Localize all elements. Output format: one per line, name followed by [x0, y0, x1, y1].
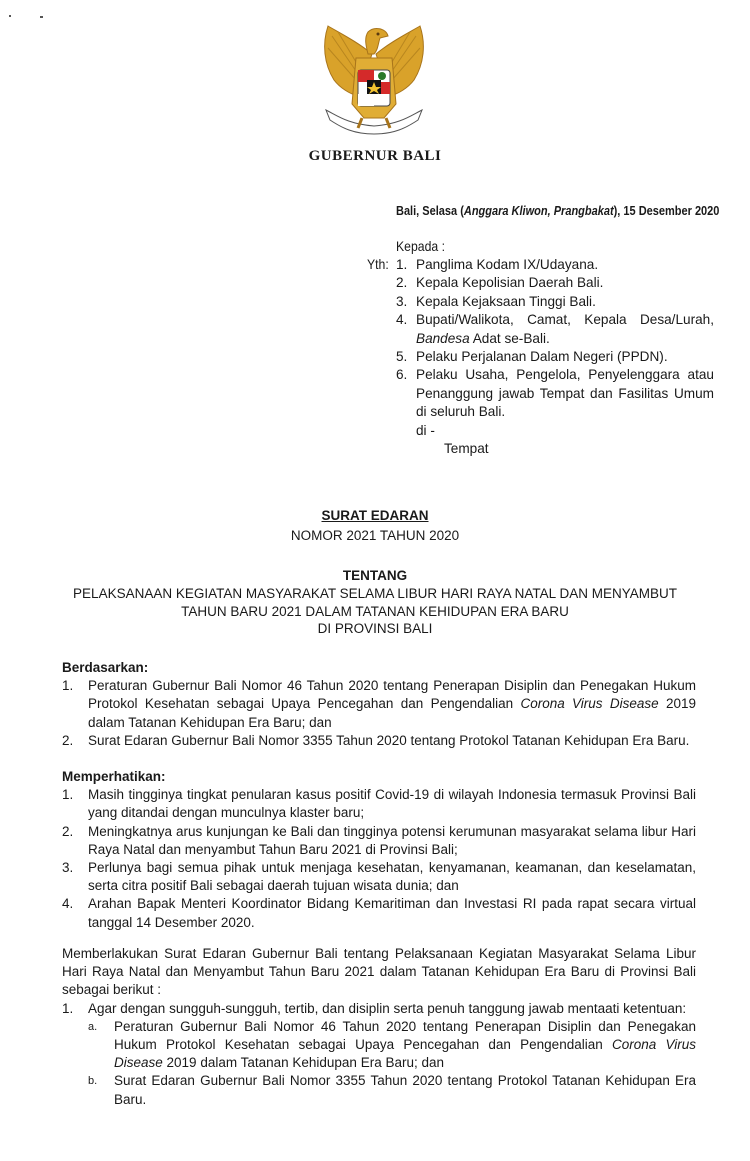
issuer-title: GUBERNUR BALI — [0, 148, 750, 165]
list-item: 2.Surat Edaran Gubernur Bali Nomor 3355 … — [62, 732, 696, 750]
document-type: SURAT EDARAN — [0, 507, 750, 525]
recipient-label: Kepada : — [396, 238, 445, 256]
document-subject: PELAKSANAAN KEGIATAN MASYARAKAT SELAMA L… — [0, 585, 750, 638]
list-item: 1.Masih tingginya tingkat penularan kasu… — [62, 786, 696, 822]
list-item: 4.Arahan Bapak Menteri Koordinator Bidan… — [62, 895, 696, 931]
recipient-item: 3.Kepala Kejaksaan Tinggi Bali. — [396, 293, 714, 311]
yth-label: Yth: — [367, 256, 389, 274]
recipient-item: 5.Pelaku Perjalanan Dalam Negeri (PPDN). — [396, 348, 714, 366]
document-number: NOMOR 2021 TAHUN 2020 — [0, 527, 750, 545]
date-line: Bali, Selasa (Anggara Kliwon, Prangbakat… — [396, 204, 719, 218]
scan-speck — [40, 16, 43, 18]
recipient-item: 1.Panglima Kodam IX/Udayana. — [396, 256, 714, 274]
garuda-emblem-icon — [318, 24, 430, 142]
memperhatikan-heading: Memperhatikan: — [62, 768, 696, 786]
berdasarkan-heading: Berdasarkan: — [62, 659, 696, 677]
list-item: 1.Agar dengan sungguh-sungguh, tertib, d… — [62, 1000, 696, 1018]
tentang-heading: TENTANG — [0, 567, 750, 585]
di-label: di - — [396, 422, 714, 440]
recipient-item: 4.Bupati/Walikota, Camat, Kepala Desa/Lu… — [396, 311, 714, 348]
memperhatikan-section: Memperhatikan: 1.Masih tingginya tingkat… — [62, 768, 696, 932]
memberlakukan-intro: Memberlakukan Surat Edaran Gubernur Bali… — [62, 945, 696, 1000]
scan-speck — [9, 15, 11, 17]
list-item: 1.Peraturan Gubernur Bali Nomor 46 Tahun… — [62, 677, 696, 732]
tempat-label: Tempat — [396, 440, 714, 458]
sub-list-item: a.Peraturan Gubernur Bali Nomor 46 Tahun… — [88, 1018, 696, 1073]
recipient-list: 1.Panglima Kodam IX/Udayana. 2.Kepala Ke… — [396, 256, 714, 458]
berdasarkan-section: Berdasarkan: 1.Peraturan Gubernur Bali N… — [62, 659, 696, 750]
sub-list-item: b.Surat Edaran Gubernur Bali Nomor 3355 … — [88, 1072, 696, 1108]
memberlakukan-section: Memberlakukan Surat Edaran Gubernur Bali… — [62, 945, 696, 1109]
recipient-item: 6.Pelaku Usaha, Pengelola, Penyelenggara… — [396, 366, 714, 421]
list-item: 3.Perlunya bagi semua pihak untuk menjag… — [62, 859, 696, 895]
recipient-item: 2.Kepala Kepolisian Daerah Bali. — [396, 274, 714, 292]
list-item: 2.Meningkatnya arus kunjungan ke Bali da… — [62, 823, 696, 859]
